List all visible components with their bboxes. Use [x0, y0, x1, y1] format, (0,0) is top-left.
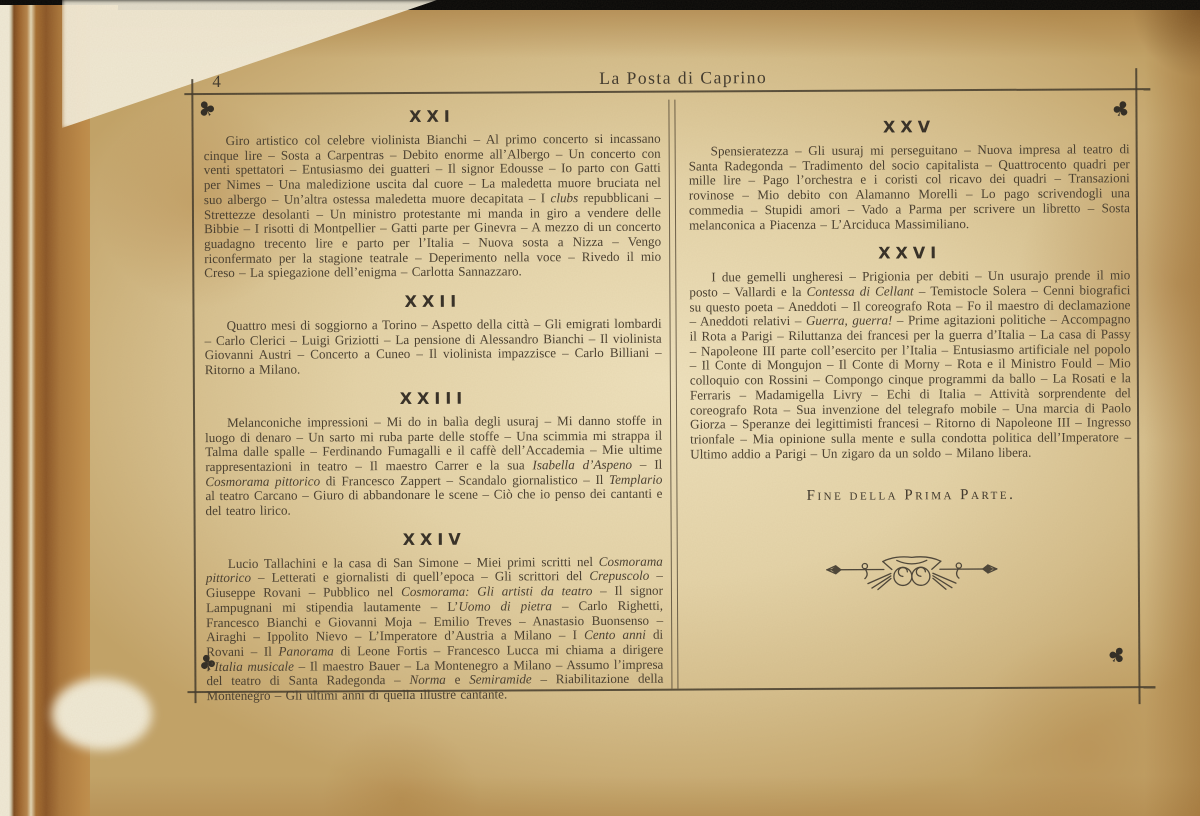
chapter-heading-XXIV: XXIV — [206, 528, 663, 549]
chapter-heading-XXIII: XXIII — [205, 388, 662, 409]
printed-page: 4 La Posta di Caprino ♣ ♣ ♣ ♣ XXIGiro ar… — [0, 0, 1200, 816]
frame-rule-top — [184, 88, 1150, 95]
chapter-heading-XXII: XXII — [204, 291, 661, 312]
chapter-heading-XXVI: XXVI — [689, 242, 1130, 263]
chapter-summary-XXI: Giro artistico col celebre violinista Bi… — [204, 132, 662, 281]
left-column: XXIGiro artistico col celebre violinista… — [203, 102, 663, 704]
fine-della-prima-parte: Fine della Prima Parte. — [690, 487, 1131, 506]
right-column: XXVSpensieratezza – Gli usuraj mi perseg… — [688, 99, 1132, 596]
frame-rule-right — [1135, 68, 1140, 704]
clover-icon: ♣ — [1103, 642, 1130, 670]
chapter-summary-XXVI: I due gemelli ungheresi – Prigionia per … — [689, 268, 1131, 461]
page-number: 4 — [212, 72, 221, 92]
chapter-summary-XXV: Spensieratezza – Gli usuraj mi perseguit… — [689, 142, 1130, 233]
chapter-heading-XXI: XXI — [203, 106, 660, 127]
running-header-title: La Posta di Caprino — [558, 67, 808, 89]
frame-rule-left — [191, 79, 196, 703]
chapter-summary-XXIII: Melanconiche impressioni – Mi do in balì… — [205, 414, 663, 519]
chapter-summary-XXII: Quattro mesi di soggiorno a Torino – Asp… — [205, 317, 662, 378]
chapter-summary-XXIV: Lucio Tallachini e la casa di San Simone… — [206, 554, 664, 703]
column-divider — [668, 100, 678, 689]
scroll-flourish-icon — [691, 548, 1132, 596]
chapter-heading-XXV: XXV — [688, 116, 1129, 137]
